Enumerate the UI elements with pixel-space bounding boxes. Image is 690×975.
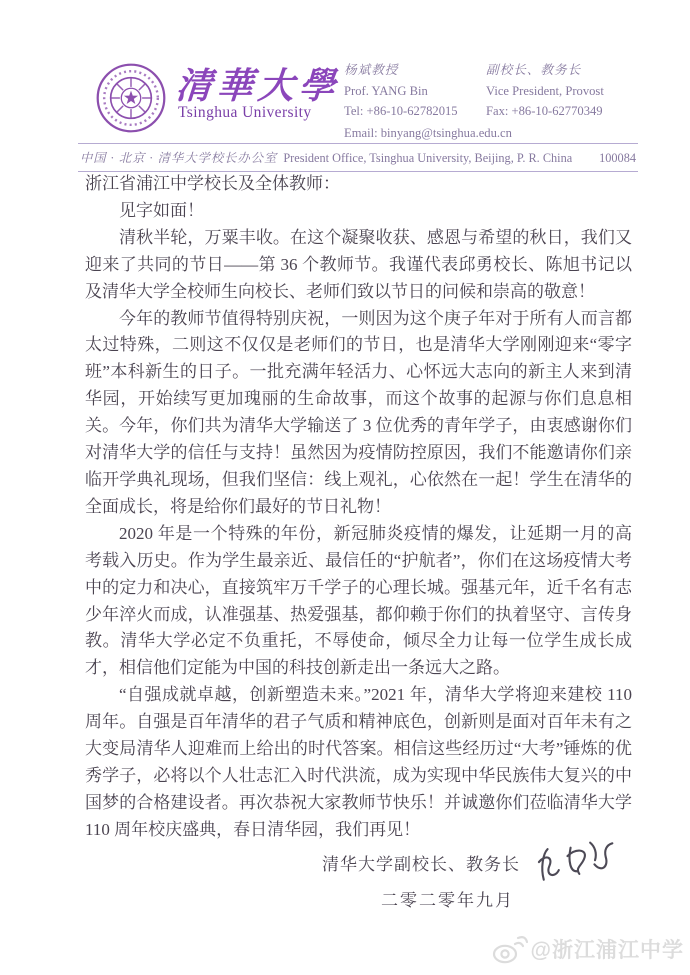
professor-title-en: Vice President, Provost (486, 81, 644, 102)
professor-name-cn: 杨斌教授 (344, 60, 486, 81)
email-address: Email: binyang@tsinghua.edu.cn (344, 123, 644, 144)
watermark-text: @浙江浦江中学 (531, 934, 684, 964)
handwritten-signature-yangbin (532, 838, 624, 884)
tsinghua-english-name: Tsinghua University (178, 104, 312, 122)
paragraph-3: 今年的教师节值得特别庆祝，一则因为这个庚子年对于所有人而言都太过特殊，二则这不仅… (85, 306, 632, 521)
salutation: 浙江省浦江中学校长及全体教师： (85, 171, 632, 198)
tel-number: Tel: +86-10-62782015 (344, 101, 486, 122)
signature-row: 清华大学副校长、教务长 (85, 848, 632, 884)
contact-block: 杨斌教授 Prof. YANG Bin Tel: +86-10-62782015… (344, 60, 644, 143)
letter-date: 二零二零年九月 (85, 888, 632, 915)
letter-body: 浙江省浦江中学校长及全体教师： 见字如面！ 清秋半轮，万粟丰收。在这个凝聚收获、… (85, 171, 632, 915)
professor-title-cn: 副校长、教务长 (486, 60, 644, 81)
tsinghua-seal-icon (94, 61, 168, 135)
postal-code: 100084 (599, 151, 636, 166)
paragraph-5: “自强成就卓越，创新塑造未来。”2021 年，清华大学将迎来建校 110 周年。… (85, 682, 632, 843)
professor-name-en: Prof. YANG Bin (344, 81, 486, 102)
scanned-letter-page: 清華大學 Tsinghua University 杨斌教授 Prof. YANG… (0, 0, 690, 975)
signature-title: 清华大学副校长、教务长 (322, 852, 520, 879)
paragraph-4: 2020 年是一个特殊的年份，新冠肺炎疫情的爆发，让延期一月的高考载入历史。作为… (85, 521, 632, 682)
weibo-watermark: @浙江浦江中学 (492, 934, 684, 964)
letterhead-address-bar: 中国 · 北京 · 清华大学校长办公室 President Office, Ts… (78, 143, 638, 172)
address-cn: 中国 · 北京 · 清华大学校长办公室 (80, 148, 277, 166)
paragraph-1: 见字如面！ (85, 198, 632, 225)
tsinghua-calligraphy: 清華大學 (174, 58, 342, 109)
weibo-icon (492, 934, 528, 964)
paragraph-2: 清秋半轮，万粟丰收。在这个凝聚收获、感恩与希望的秋日，我们又迎来了共同的节日——… (85, 225, 632, 306)
address-en: President Office, Tsinghua University, B… (283, 151, 589, 166)
fax-number: Fax: +86-10-62770349 (486, 101, 644, 122)
